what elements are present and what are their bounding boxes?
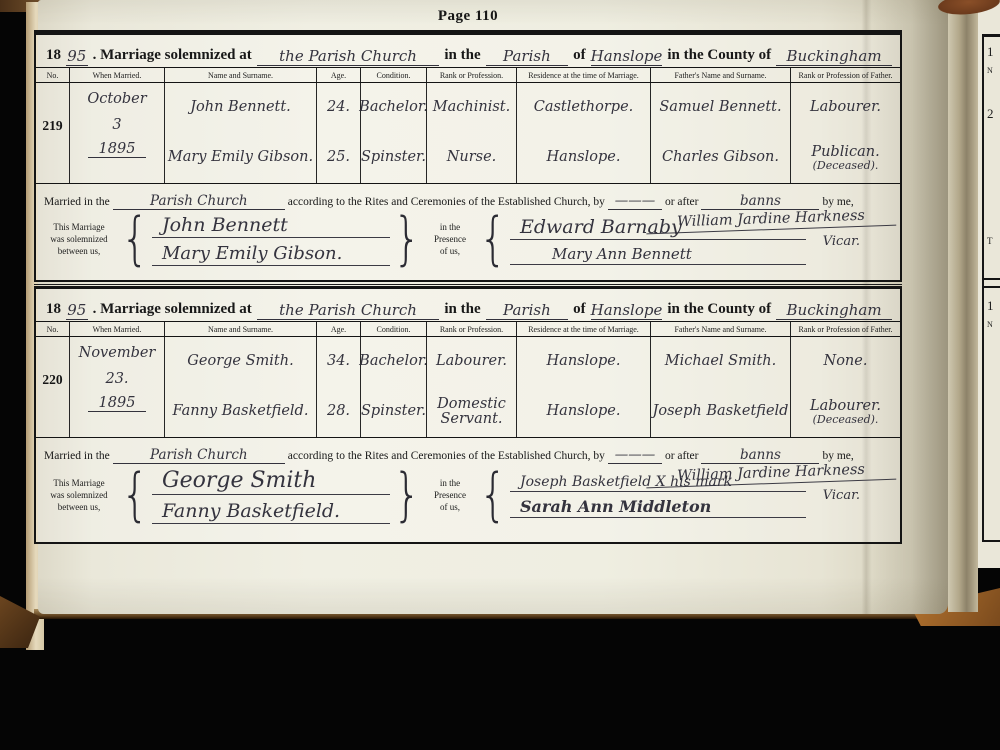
entry-professions: Labourer. Domestic Servant. [426,337,516,437]
caption-year-printed: 18 [46,47,61,64]
label-line: in the [424,222,476,234]
column-headers: No. When Married. Name and Surname. Age.… [36,321,900,337]
couple-signatures: John Bennett Mary Emily Gibson. [152,214,390,266]
when-day: 3 [70,117,164,133]
groom-father-rank: None. [791,337,900,387]
groom-father: Samuel Bennett. [651,83,790,133]
col-header-father-name: Father's Name and Surname. [650,68,790,82]
groom-profession: Machinist. [427,83,516,133]
caption-county-entry: Buckingham [776,47,892,66]
signature-block: This Marriage was solemnized between us,… [40,214,806,266]
col-header-no: No. [36,68,69,82]
next-page-fragment: 2 [987,106,994,122]
bride-signature: Fanny Basketfield. [152,500,390,524]
entry-ages: 24. 25. [316,83,360,183]
col-header-name: Name and Surname. [164,68,316,82]
bride-father-rank-text: Labourer. [810,399,881,414]
presence-label: in the Presence of us, [424,478,476,513]
bride-father-rank: Labourer. (Deceased). [791,387,900,437]
brace-open: { [121,467,149,524]
bride-signature: Mary Emily Gibson. [152,243,390,266]
groom-name: John Bennett. [165,83,316,133]
col-header-age: Age. [316,68,360,82]
caption-church-entry: the Parish Church [257,47,440,66]
record-entries: 220 November 23. 1895 George Smith. Fann… [36,337,900,438]
brace-close: } [393,211,421,268]
label-line: was solemnized [40,490,118,502]
col-header-rank: Rank or Profession. [426,322,516,336]
by-entry: ——— [608,193,662,210]
next-page-divider-1 [982,278,1000,280]
label-line: of us, [424,246,476,258]
brace-open: { [121,211,149,268]
next-page-border-top [982,34,1000,37]
couple-signatures: George Smith Fanny Basketfield. [152,468,390,524]
record-caption: 18 95 . Marriage solemnized at the Paris… [36,289,900,321]
entry-residences: Hanslope. Hanslope. [516,337,650,437]
label-line: was solemnized [40,234,118,246]
next-page-fragment: N [987,66,993,75]
this-marriage-label: This Marriage was solemnized between us, [40,222,118,257]
col-header-father-rank: Rank or Profession of Father. [790,322,900,336]
caption-of-label: of [573,47,586,64]
bride-profession: Nurse. [427,133,516,183]
when-year: 1895 [88,141,146,158]
brace-open: { [479,211,507,268]
col-header-condition: Condition. [360,68,426,82]
bride-father: Joseph Basketfield [651,387,790,437]
next-page-sliver: 1 N 2 T 1 N [978,0,1000,568]
col-header-father-name: Father's Name and Surname. [650,322,790,336]
married-in-label: Married in the [44,450,110,462]
groom-condition: Bachelor. [361,83,426,133]
this-marriage-label: This Marriage was solemnized between us, [40,478,118,513]
label-line: between us, [40,246,118,258]
next-page-border-bottom [982,540,1000,542]
by-me-label: by me, [822,196,853,208]
label-line: Presence [424,234,476,246]
caption-parish-name-entry: Hanslope [591,47,663,66]
bride-profession: Domestic Servant. [427,387,516,437]
entry-names: John Bennett. Mary Emily Gibson. [164,83,316,183]
caption-county-label: in the County of [667,47,771,64]
groom-condition: Bachelor. [361,337,426,387]
groom-profession: Labourer. [427,337,516,387]
next-page-fragment: T [987,236,993,246]
label-line: in the [424,478,476,490]
entry-names: George Smith. Fanny Basketfield. [164,337,316,437]
witness-signatures: Joseph Basketfield X his mark Sarah Ann … [510,474,806,518]
caption-in-the-label: in the [444,301,480,318]
according-label: according to the Rites and Ceremonies of… [288,196,605,208]
groom-father-rank-text: Labourer. [810,100,881,115]
caption-parish-name-entry: Hanslope [591,301,663,320]
record-caption: 18 95 . Marriage solemnized at the Paris… [36,35,900,67]
label-line: This Marriage [40,222,118,234]
bride-name: Mary Emily Gibson. [165,133,316,183]
label-line: between us, [40,502,118,514]
bride-father-rank-note: (Deceased). [813,160,879,172]
entry-number: 219 [36,83,69,183]
col-header-name: Name and Surname. [164,322,316,336]
entry-father-ranks: Labourer. Publican. (Deceased). [790,83,900,183]
groom-father-rank: Labourer. [791,83,900,133]
witness-signatures: Edward Barnaby Mary Ann Bennett [510,216,806,265]
col-header-father-rank: Rank or Profession of Father. [790,68,900,82]
or-after-label: or after [665,450,699,462]
caption-parish-word-entry: Parish [486,301,569,320]
bride-name: Fanny Basketfield. [165,387,316,437]
entry-when-married: October 3 1895 [69,83,164,183]
caption-in-the-label: in the [444,47,480,64]
caption-year-handwritten: 95 [66,47,88,66]
bride-father: Charles Gibson. [651,133,790,183]
officiant-title: Vicar. [823,488,860,503]
book-photo: 1 N 2 T 1 N Page 110 18 95 . Marriage so… [0,0,1000,750]
entry-fathers: Michael Smith. Joseph Basketfield [650,337,790,437]
signature-block: This Marriage was solemnized between us,… [40,468,806,524]
caption-church-entry: the Parish Church [257,301,440,320]
married-in-line: Married in the Parish Church according t… [36,184,900,208]
record-divider-rule [34,284,902,285]
caption-of-label: of [573,301,586,318]
officiant-title: Vicar. [823,234,860,249]
caption-county-entry: Buckingham [776,301,892,320]
caption-solemnized-label: . Marriage solemnized at [93,301,252,318]
entry-fathers: Samuel Bennett. Charles Gibson. [650,83,790,183]
column-headers: No. When Married. Name and Surname. Age.… [36,67,900,83]
page-number-heading: Page 110 [34,8,902,25]
after-entry: banns [701,193,819,210]
marriage-record-220: 18 95 . Marriage solemnized at the Paris… [34,286,902,544]
next-page-divider-2 [982,286,1000,288]
record-bottom-section: Married in the Parish Church according t… [36,438,900,534]
caption-solemnized-label: . Marriage solemnized at [93,47,252,64]
entry-when-married: November 23. 1895 [69,337,164,437]
according-label: according to the Rites and Ceremonies of… [288,450,605,462]
col-header-no: No. [36,322,69,336]
entry-professions: Machinist. Nurse. [426,83,516,183]
label-line: of us, [424,502,476,514]
witness-signature-2: Mary Ann Bennett [510,245,806,265]
marriage-record-219: 18 95 . Marriage solemnized at the Paris… [34,30,902,282]
entry-number: 220 [36,337,69,437]
col-header-residence: Residence at the time of Marriage. [516,322,650,336]
bride-condition: Spinster. [361,387,426,437]
col-header-rank: Rank or Profession. [426,68,516,82]
col-header-age: Age. [316,322,360,336]
col-header-residence: Residence at the time of Marriage. [516,68,650,82]
groom-father: Michael Smith. [651,337,790,387]
when-month: November [70,345,164,361]
record-bottom-section: Married in the Parish Church according t… [36,184,900,280]
groom-signature: John Bennett [152,214,390,238]
next-page-border-left [982,36,984,542]
bride-age: 28. [317,387,360,437]
witness-signature-1: Joseph Basketfield X his mark [510,474,806,492]
groom-age: 34. [317,337,360,387]
when-day: 23. [70,371,164,387]
when-year: 1895 [88,395,146,412]
bride-residence: Hanslope. [517,387,650,437]
bride-condition: Spinster. [361,133,426,183]
witness-signature-1: Edward Barnaby [510,216,806,240]
entry-residences: Castlethorpe. Hanslope. [516,83,650,183]
groom-father-rank-text: None. [824,354,868,369]
col-header-when-married: When Married. [69,322,164,336]
presence-label: in the Presence of us, [424,222,476,257]
married-in-label: Married in the [44,196,110,208]
after-entry: banns [701,447,819,464]
bride-age: 25. [317,133,360,183]
col-header-when-married: When Married. [69,68,164,82]
record-entries: 219 October 3 1895 John Bennett. Mary Em… [36,83,900,184]
brace-open: { [479,467,507,524]
bride-father-rank-text: Publican. [811,145,879,160]
groom-age: 24. [317,83,360,133]
caption-parish-word-entry: Parish [486,47,569,66]
brace-close: } [393,467,421,524]
label-line: Presence [424,490,476,502]
witness-signature-2: Sarah Ann Middleton [510,497,806,518]
groom-residence: Hanslope. [517,337,650,387]
when-month: October [70,91,164,107]
next-page-fragment: N [987,320,993,329]
caption-county-label: in the County of [667,301,771,318]
by-me-label: by me, [822,450,853,462]
groom-signature: George Smith [152,468,390,495]
entry-conditions: Bachelor. Spinster. [360,83,426,183]
bride-residence: Hanslope. [517,133,650,183]
col-header-condition: Condition. [360,322,426,336]
entry-father-ranks: None. Labourer. (Deceased). [790,337,900,437]
by-entry: ——— [608,447,662,464]
groom-name: George Smith. [165,337,316,387]
bride-father-rank-note: (Deceased). [813,414,879,426]
next-page-fragment: 1 [987,44,994,60]
or-after-label: or after [665,196,699,208]
marriage-register: 18 95 . Marriage solemnized at the Paris… [34,30,902,544]
label-line: This Marriage [40,478,118,490]
book-gutter [948,0,978,612]
caption-year-printed: 18 [46,301,61,318]
next-page-fragment: 1 [987,298,994,314]
entry-conditions: Bachelor. Spinster. [360,337,426,437]
caption-year-handwritten: 95 [66,301,88,320]
married-in-line: Married in the Parish Church according t… [36,438,900,462]
bride-father-rank: Publican. (Deceased). [791,133,900,183]
groom-residence: Castlethorpe. [517,83,650,133]
entry-ages: 34. 28. [316,337,360,437]
